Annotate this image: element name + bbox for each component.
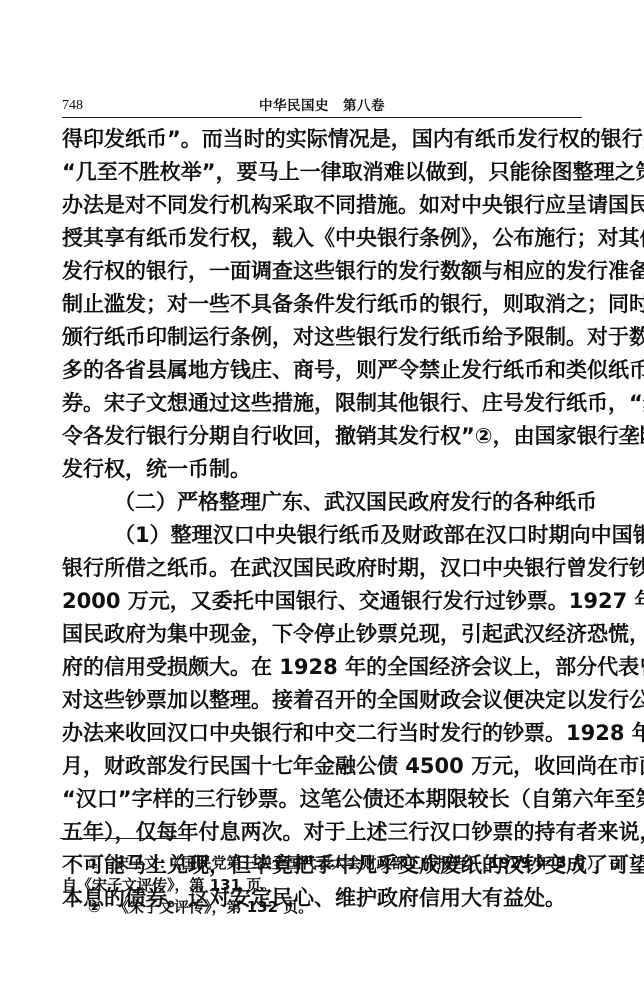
footnote-marker: ② (88, 896, 114, 918)
section-heading: （二）严格整理广东、武汉国民政府发行的各种纸币 (62, 486, 582, 519)
text-line: 对这些钞票加以整理。接着召开的全国财政会议便决定以发行公债的 (62, 684, 582, 717)
text-line: “汉口”字样的三行钞票。这笔公债还本期限较长（自第六年至第二十 (62, 783, 582, 816)
footnote-text-continued: 自《宋子文评传》，第 131 页。 (62, 874, 582, 896)
text-line: 多的各省县属地方钱庄、商号，则严令禁止发行纸币和类似纸币的票 (62, 354, 582, 387)
text-line: 月，财政部发行民国十七年金融公债 4500 万元，收回尚在市面上印有 (62, 750, 582, 783)
text-line: 发行权的银行，一面调查这些银行的发行数额与相应的发行准备情况， (62, 255, 582, 288)
text-line: 得印发纸币”。而当时的实际情况是，国内有纸币发行权的银行多得 (62, 123, 582, 156)
footnote-marker: ① (88, 852, 114, 874)
text-line: 办法来收回汉口中央银行和中交二行当时发行的钞票。1928 年 11 (62, 717, 582, 750)
body-text: 得印发纸币”。而当时的实际情况是，国内有纸币发行权的银行多得 “几至不胜枚举”，… (62, 123, 582, 915)
footnote-2: ②《宋子文评传》，第 132 页。 (62, 896, 582, 918)
text-line: 制止滥发；对一些不具备条件发行纸币的银行，则取消之；同时又制订 (62, 288, 582, 321)
text-line: 国民政府为集中现金，下令停止钞票兑现，引起武汉经济恐慌，国民政 (62, 618, 582, 651)
text-line: “几至不胜枚举”，要马上一律取消难以做到，只能徐图整理之策①。其 (62, 156, 582, 189)
footnote-1: ①宋子文：《国民党第三次全国代表大会财政部工作报告》（1929 年 3 月），引… (62, 852, 582, 896)
text-line: 颁行纸币印制运行条例，对这些银行发行纸币给予限制。对于数量众 (62, 321, 582, 354)
subsection-heading: （1）整理汉口中央银行纸币及财政部在汉口时期向中国银行、交通 (62, 519, 582, 552)
text-line: 令各发行银行分期自行收回，撤销其发行权”②，由国家银行垄断纸币 (62, 420, 582, 453)
text-line: 授其享有纸币发行权，载入《中央银行条例》，公布施行；对其他有纸币 (62, 222, 582, 255)
footnotes: ①宋子文：《国民党第三次全国代表大会财政部工作报告》（1929 年 3 月），引… (62, 852, 582, 918)
header-rule (62, 117, 582, 118)
text-line: 办法是对不同发行机构采取不同措施。如对中央银行应呈请国民政府 (62, 189, 582, 222)
text-line: 券。宋子文想通过这些措施，限制其他银行、庄号发行纸币，“然后再限 (62, 387, 582, 420)
footnote-text: 《宋子文评传》，第 132 页。 (114, 898, 313, 916)
book-title: 中华民国史 第八卷 (62, 96, 582, 116)
footnote-separator (60, 838, 188, 839)
text-line: 五年），仅每年付息两次。对于上述三行汉口钞票的持有者来说，尽管 (62, 816, 582, 849)
text-line: 府的信用受损颇大。在 1928 年的全国经济会议上，部分代表曾提出应 (62, 651, 582, 684)
text-line: 银行所借之纸币。在武汉国民政府时期，汉口中央银行曾发行钞票近 (62, 552, 582, 585)
running-head: 748 中华民国史 第八卷 (62, 96, 582, 116)
footnote-text: 宋子文：《国民党第三次全国代表大会财政部工作报告》（1929 年 3 月），引 (114, 854, 624, 872)
text-line: 2000 万元，又委托中国银行、交通银行发行过钞票。1927 年 4 月武汉 (62, 585, 582, 618)
text-line: 发行权，统一币制。 (62, 453, 582, 486)
